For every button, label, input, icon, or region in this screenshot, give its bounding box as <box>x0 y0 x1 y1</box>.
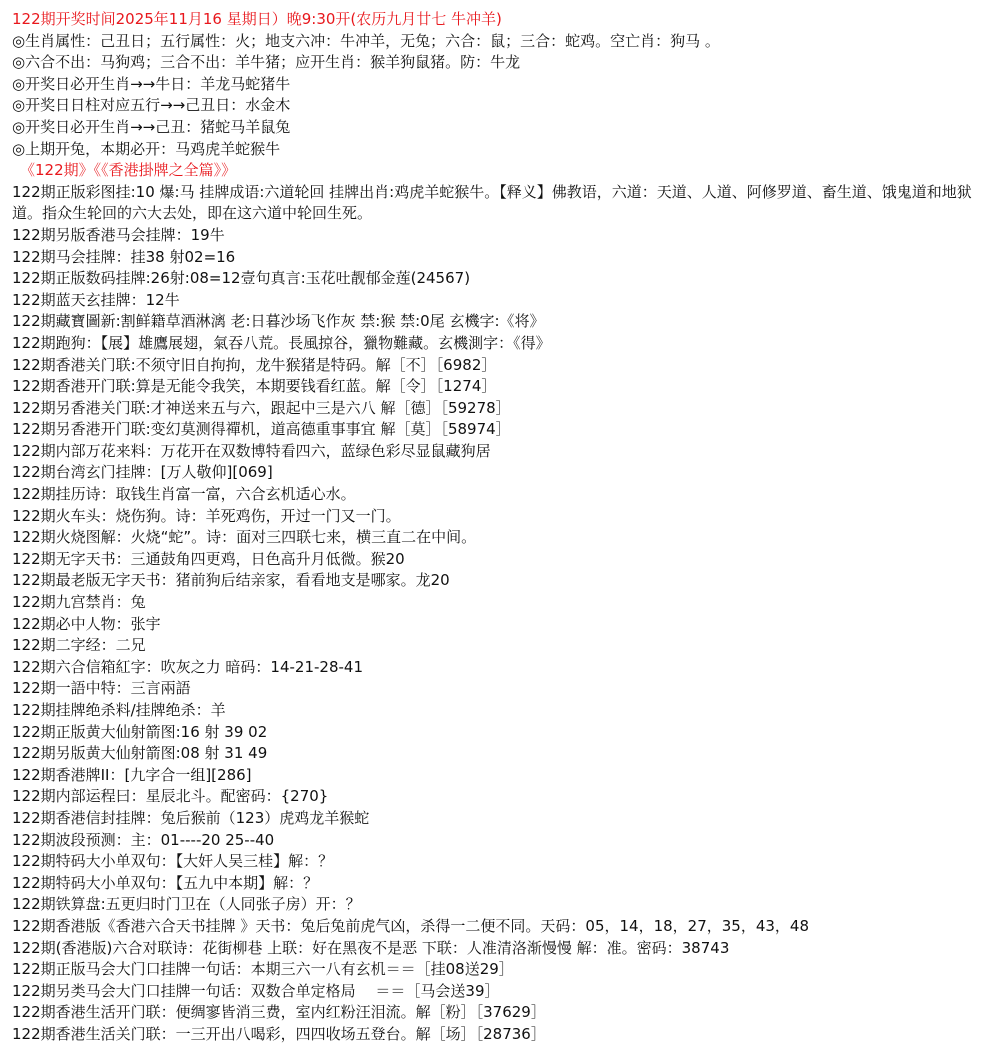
attribute-line: ◎开奖日必开生肖→→己丑：猪蛇马羊鼠兔 <box>12 117 1000 139</box>
entry-line: 122期跑狗：【展】雄鷹展翅，氣吞八荒。長風掠谷，獵物難藏。玄機測字：《得》 <box>12 333 1000 355</box>
entry-line: 122期二字经：二兄 <box>12 635 1000 657</box>
entry-line: 122期香港信封挂牌：兔后猴前（123）虎鸡龙羊猴蛇 <box>12 808 1000 830</box>
attribute-line: ◎上期开兔，本期必开：马鸡虎羊蛇猴牛 <box>12 139 1000 161</box>
entry-line: 122期蓝天玄挂牌：12牛 <box>12 290 1000 312</box>
entry-line: 122期九宫禁肖：兔 <box>12 592 1000 614</box>
entry-line: 122期另版香港马会挂牌：19牛 <box>12 225 1000 247</box>
entry-line: 122期另版黄大仙射箭图:08 射 31 49 <box>12 743 1000 765</box>
entry-line: 122期香港生活关门联：一三开出八喝彩，四四收场五登台。解［场］［28736］ <box>12 1024 1000 1046</box>
entry-line: 122期铁算盘:五更归时门卫在（人同张子房）开：？ <box>12 894 1000 916</box>
entry-line: 122期六合信箱紅字：吹灰之力 暗码：14-21-28-41 <box>12 657 1000 679</box>
entry-line: 122期另香港关门联:才神送来五与六，跟起中三是六八 解［德］［59278］ <box>12 398 1000 420</box>
entry-line: 122期香港牌II：[九字合一组][286] <box>12 765 1000 787</box>
entry-line: 122期另香港开门联:变幻莫测得禪机，道高德重事事宜 解［莫］［58974］ <box>12 419 1000 441</box>
entry-line: 122期台湾玄门挂牌：[万人敬仰][069] <box>12 462 1000 484</box>
entry-line: 122期内部万花来料：万花开在双数博特看四六，蓝绿色彩尽显鼠藏狗居 <box>12 441 1000 463</box>
draw-time-title: 122期开奖时间2025年11月16 星期日）晚9:30开(农历九月廿七 牛冲羊… <box>12 9 1000 31</box>
entry-line: 122期波段预测：主：01----20 25--40 <box>12 830 1000 852</box>
attribute-line: ◎开奖日必开生肖→→牛日：羊龙马蛇猪牛 <box>12 74 1000 96</box>
section-title: 《122期》《《香港掛牌之全篇》》 <box>12 160 1000 182</box>
entry-line: 122期马会挂牌：挂38 射02=16 <box>12 247 1000 269</box>
attribute-line: ◎生肖属性：己丑日；五行属性：火；地支六冲：牛冲羊，无兔；六合：鼠；三合：蛇鸡。… <box>12 31 1000 53</box>
entry-line: 122期特码大小单双句：【大奸人吴三桂】解：？ <box>12 851 1000 873</box>
entry-line: 122期正版数码挂牌:26射:08=12壹句真言:玉花吐靓郁金莲(24567) <box>12 268 1000 290</box>
entry-line: 122期内部运程曰：星辰北斗。配密码：{270} <box>12 786 1000 808</box>
entry-line: 122期火车头：烧伤狗。诗：羊死鸡伤，开过一门又一门。 <box>12 506 1000 528</box>
entry-line: 122期正版黄大仙射箭图:16 射 39 02 <box>12 722 1000 744</box>
entry-line: 122期香港关门联:不须守旧自拘拘，龙牛猴猪是特码。解［不］［6982］ <box>12 355 1000 377</box>
entry-line: 122期藏寶圖新:割鲜籍草酒淋漓 老:日暮沙场飞作灰 禁:猴 禁:0尾 玄機字:… <box>12 311 1000 333</box>
entry-line: 122期香港生活开门联：便绸寥皆消三费，室内红粉汪泪流。解［粉］［37629］ <box>12 1002 1000 1024</box>
entry-line: 122期最老版无字天书：猪前狗后结亲家，看看地支是哪家。龙20 <box>12 570 1000 592</box>
entry-line: 122期(香港版)六合对联诗：花街柳巷 上联：好在黑夜不是恶 下联：人准清洛渐慢… <box>12 938 1000 960</box>
entry-line: 122期无字天书：三通鼓角四更鸡，日色高升月低微。猴20 <box>12 549 1000 571</box>
entry-line: 122期一語中特：三言兩語 <box>12 678 1000 700</box>
entry-line: 122期挂牌绝杀料/挂牌绝杀：羊 <box>12 700 1000 722</box>
entry-line: 122期特码大小单双句：【五九中本期】解：？ <box>12 873 1000 895</box>
entry-line: 122期必中人物：张宇 <box>12 614 1000 636</box>
entry-line: 122期香港版《香港六合天书挂牌 》天书：兔后兔前虎气凶，杀得一二便不同。天码：… <box>12 916 1000 938</box>
lottery-document: 122期开奖时间2025年11月16 星期日）晚9:30开(农历九月廿七 牛冲羊… <box>0 0 1000 1046</box>
attribute-line: ◎六合不出：马狗鸡；三合不出：羊牛猪；应开生肖：猴羊狗鼠猪。防：牛龙 <box>12 52 1000 74</box>
entry-line: 122期挂历诗：取钱生肖富一富，六合玄机适心水。 <box>12 484 1000 506</box>
entry-line: 122期正版马会大门口挂牌一句话：本期三六一八有玄机＝＝［挂08送29］ <box>12 959 1000 981</box>
entry-line: 122期正版彩图挂:10 爆:马 挂牌成语:六道轮回 挂牌出肖:鸡虎羊蛇猴牛。【… <box>12 182 972 225</box>
attribute-line: ◎开奖日日柱对应五行→→己丑日：水金木 <box>12 95 1000 117</box>
entry-line: 122期香港开门联:算是无能令我笑，本期要钱看红蓝。解［令］［1274］ <box>12 376 1000 398</box>
entry-line: 122期火烧图解：火烧“蛇”。诗：面对三四联七来，横三直二在中间。 <box>12 527 1000 549</box>
entry-line: 122期另类马会大门口挂牌一句话：双数合单定格局 ＝＝［马会送39］ <box>12 981 1000 1003</box>
